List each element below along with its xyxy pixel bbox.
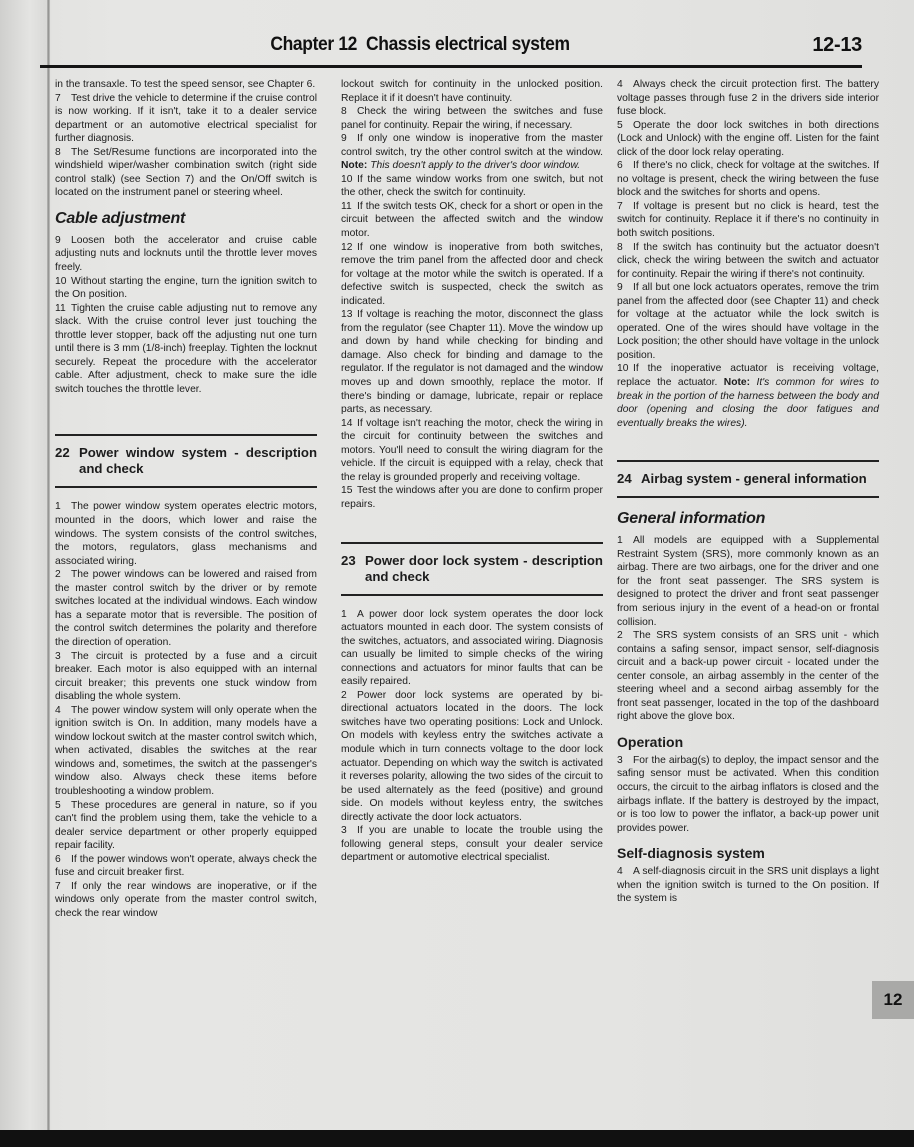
paragraph: 8If the switch has continuity but the ac… [617, 241, 879, 282]
section-heading-22: 22 Power window system - description and… [55, 434, 317, 488]
paragraph: 8Check the wiring between the switches a… [341, 105, 603, 132]
paragraph-with-note: 10If the inoperative actuator is receivi… [617, 362, 879, 430]
paragraph: 3The circuit is protected by a fuse and … [55, 650, 317, 704]
paragraph: 2Power door lock systems are operated by… [341, 689, 603, 824]
paragraph: 2The SRS system consists of an SRS unit … [617, 629, 879, 724]
paragraph: 6If the power windows won't operate, alw… [55, 853, 317, 880]
section-heading-23: 23 Power door lock system - description … [341, 542, 603, 596]
paragraph: 11If the switch tests OK, check for a sh… [341, 200, 603, 241]
paragraph: 7Test drive the vehicle to determine if … [55, 92, 317, 146]
subheading-operation: Operation [617, 734, 879, 750]
paragraph: 2The power windows can be lowered and ra… [55, 568, 317, 649]
note-label: Note: [724, 377, 750, 388]
paragraph: 5These procedures are general in nature,… [55, 799, 317, 853]
paragraph-continued: lockout switch for continuity in the unl… [341, 78, 603, 105]
paragraph: 1A power door lock system operates the d… [341, 608, 603, 689]
paragraph: 8The Set/Resume functions are incorporat… [55, 146, 317, 200]
column-2: lockout switch for continuity in the unl… [341, 78, 603, 865]
chapter-title: Chapter 12 Chassis electrical system [162, 34, 677, 56]
note-label: Note: [341, 160, 367, 171]
paragraph: 3If you are unable to locate the trouble… [341, 824, 603, 865]
paragraph: 5Operate the door lock switches in both … [617, 119, 879, 160]
subheading-general-information: General information [617, 510, 879, 528]
paragraph: 7If voltage is present but no click is h… [617, 200, 879, 241]
paragraph: 14If voltage isn't reaching the motor, c… [341, 417, 603, 485]
paragraph: 11Tighten the cruise cable adjusting nut… [55, 302, 317, 397]
paragraph: 4Always check the circuit protection fir… [617, 78, 879, 119]
subheading-cable-adjustment: Cable adjustment [55, 210, 317, 228]
paragraph: 10If the same window works from one swit… [341, 173, 603, 200]
paragraph: 1The power window system operates electr… [55, 500, 317, 568]
column-1: in the transaxle. To test the speed sens… [55, 78, 317, 920]
paragraph-continued: in the transaxle. To test the speed sens… [55, 78, 317, 92]
page-bottom-edge [0, 1130, 914, 1147]
note-text: This doesn't apply to the driver's door … [370, 160, 580, 171]
paragraph-with-note: 9If only one window is inoperative from … [341, 132, 603, 173]
paragraph: 9Loosen both the accelerator and cruise … [55, 234, 317, 275]
paragraph: 10Without starting the engine, turn the … [55, 275, 317, 302]
paragraph: 7If only the rear windows are inoperativ… [55, 880, 317, 921]
paragraph: 13If voltage is reaching the motor, disc… [341, 308, 603, 416]
paragraph: 6If there's no click, check for voltage … [617, 159, 879, 200]
page-number: 12-13 [812, 34, 862, 57]
paragraph: 3For the airbag(s) to deploy, the impact… [617, 754, 879, 835]
paragraph: 4The power window system will only opera… [55, 704, 317, 799]
page-binding-shadow [47, 0, 50, 1130]
section-heading-24: 24 Airbag system - general information [617, 460, 879, 498]
paragraph: 1All models are equipped with a Suppleme… [617, 534, 879, 629]
paragraph: 15Test the windows after you are done to… [341, 484, 603, 511]
subheading-self-diagnosis: Self-diagnosis system [617, 845, 879, 861]
running-header: Chapter 12 Chassis electrical system 12-… [40, 34, 862, 60]
chapter-thumb-tab: 12 [872, 981, 914, 1019]
column-3: 4Always check the circuit protection fir… [617, 78, 879, 906]
header-rule [40, 65, 862, 68]
paragraph: 12If one window is inoperative from both… [341, 241, 603, 309]
paragraph: 9If all but one lock actuators operates,… [617, 281, 879, 362]
manual-page: Chapter 12 Chassis electrical system 12-… [0, 0, 914, 1147]
paragraph: 4A self-diagnosis circuit in the SRS uni… [617, 865, 879, 906]
